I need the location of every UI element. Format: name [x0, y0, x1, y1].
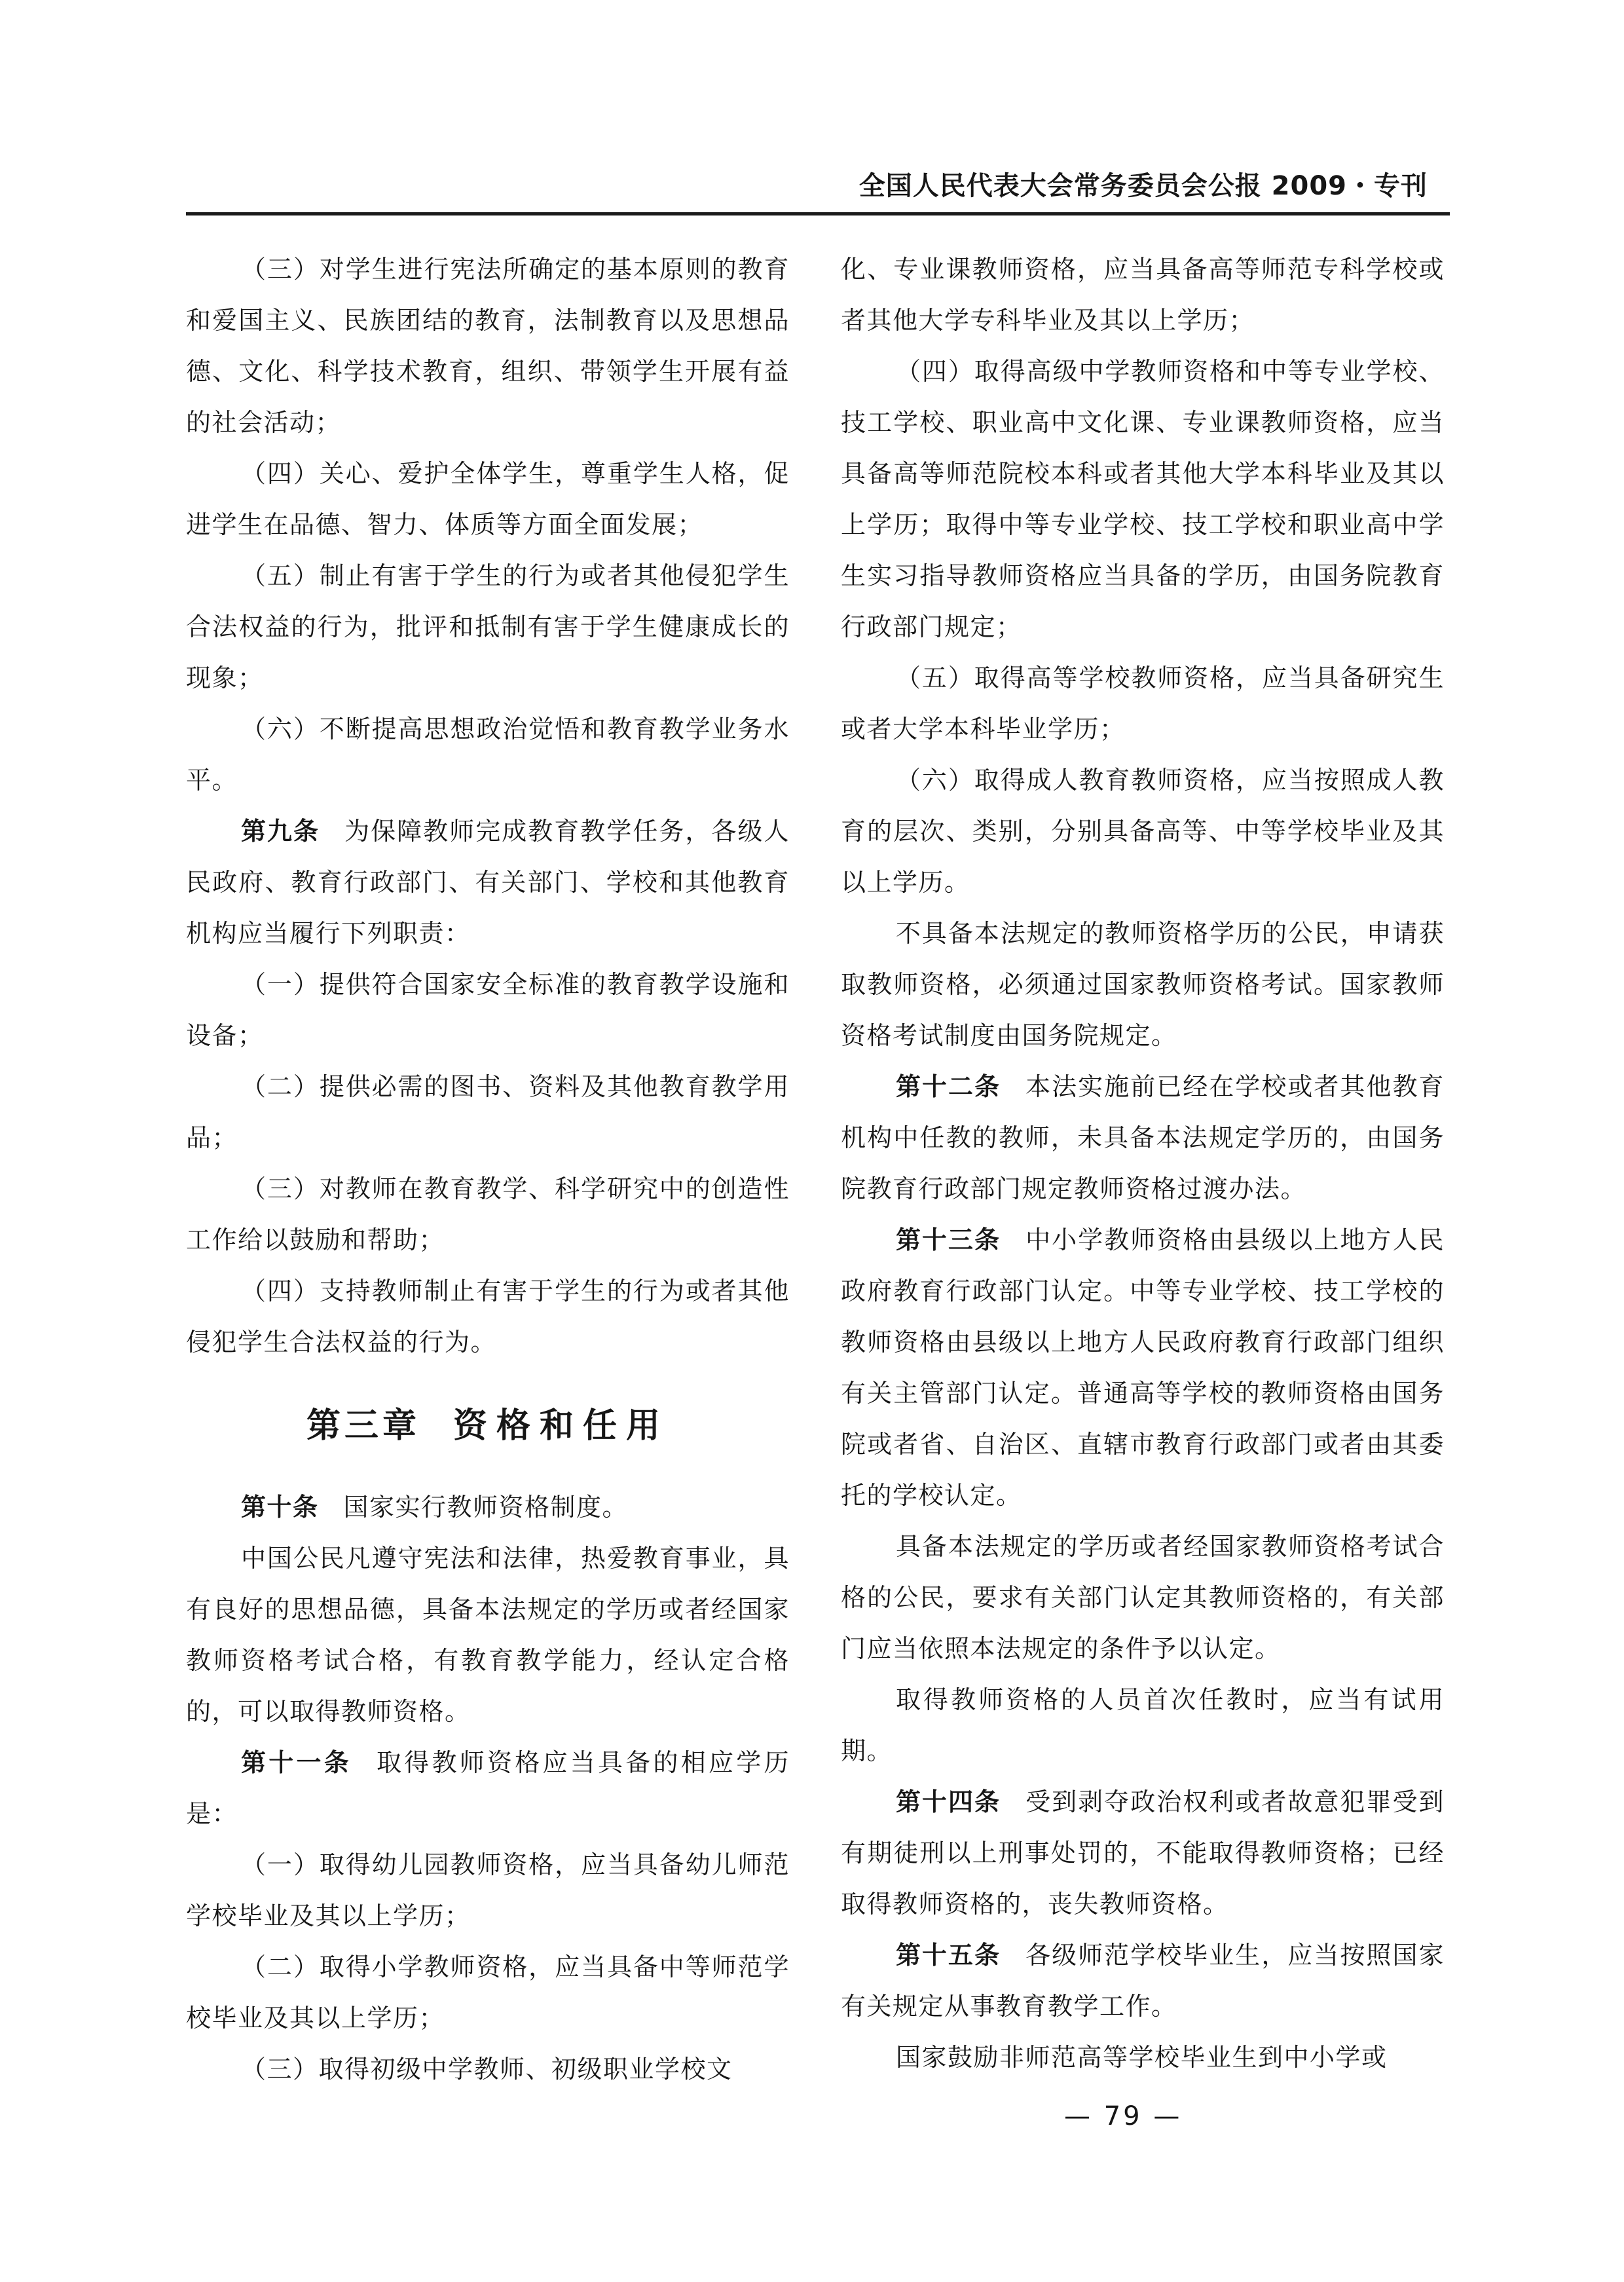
- header-rule-divider: [186, 212, 1450, 215]
- clause-paragraph: （二）取得小学教师资格，应当具备中等师范学校毕业及其以上学历；: [186, 1941, 790, 2044]
- clause-paragraph: （一）提供符合国家安全标准的教育教学设施和设备；: [186, 959, 790, 1061]
- article-number: 第十条: [241, 1493, 319, 1522]
- article-13: 第十三条中小学教师资格由县级以上地方人民政府教育行政部门认定。中等专业学校、技工…: [841, 1214, 1445, 1521]
- chapter-heading: 第三章资格和任用: [186, 1396, 790, 1455]
- clause-paragraph: （四）支持教师制止有害于学生的行为或者其他侵犯学生合法权益的行为。: [186, 1265, 790, 1368]
- continued-paragraph: 化、专业课教师资格，应当具备高等师范专科学校或者其他大学专科毕业及其以上学历；: [841, 244, 1445, 346]
- article-number: 第十五条: [896, 1941, 1001, 1970]
- article-10: 第十条国家实行教师资格制度。: [186, 1482, 790, 1533]
- article-14: 第十四条受到剥夺政治权利或者故意犯罪受到有期徒刑以上刑事处罚的，不能取得教师资格…: [841, 1776, 1445, 1930]
- clause-paragraph: （五）制止有害于学生的行为或者其他侵犯学生合法权益的行为，批评和抵制有害于学生健…: [186, 550, 790, 703]
- article-paragraph: 国家鼓励非师范高等学校毕业生到中小学或: [841, 2032, 1445, 2083]
- article-number: 第十二条: [896, 1072, 1001, 1101]
- left-column: （三）对学生进行宪法所确定的基本原则的教育和爱国主义、民族团结的教育，法制教育以…: [186, 244, 790, 2095]
- clause-paragraph: （二）提供必需的图书、资料及其他教育教学用品；: [186, 1061, 790, 1163]
- article-12: 第十二条本法实施前已经在学校或者其他教育机构中任教的教师，未具备本法规定学历的，…: [841, 1061, 1445, 1214]
- clause-paragraph: （三）取得初级中学教师、初级职业学校文: [186, 2044, 790, 2095]
- clause-paragraph: （一）取得幼儿园教师资格，应当具备幼儿师范学校毕业及其以上学历；: [186, 1839, 790, 1941]
- clause-paragraph: （六）取得成人教育教师资格，应当按照成人教育的层次、类别，分别具备高等、中等学校…: [841, 755, 1445, 908]
- clause-paragraph: （三）对教师在教育教学、科学研究中的创造性工作给以鼓励和帮助；: [186, 1163, 790, 1265]
- chapter-number: 第三章: [306, 1406, 420, 1446]
- clause-paragraph: （四）取得高级中学教师资格和中等专业学校、技工学校、职业高中文化课、专业课教师资…: [841, 346, 1445, 652]
- article-paragraph: 具备本法规定的学历或者经国家教师资格考试合格的公民，要求有关部门认定其教师资格的…: [841, 1521, 1445, 1674]
- article-15: 第十五条各级师范学校毕业生，应当按照国家有关规定从事教育教学工作。: [841, 1930, 1445, 2032]
- article-paragraph: 取得教师资格的人员首次任教时，应当有试用期。: [841, 1674, 1445, 1776]
- article-number: 第十四条: [896, 1787, 1001, 1816]
- article-number: 第十三条: [896, 1225, 1001, 1254]
- page-number: — 79 —: [1064, 2101, 1182, 2131]
- clause-paragraph: （三）对学生进行宪法所确定的基本原则的教育和爱国主义、民族团结的教育，法制教育以…: [186, 244, 790, 448]
- clause-paragraph: （六）不断提高思想政治觉悟和教育教学业务水平。: [186, 703, 790, 806]
- chapter-name: 资格和任用: [453, 1406, 669, 1446]
- article-paragraph: 不具备本法规定的教师资格学历的公民，申请获取教师资格，必须通过国家教师资格考试。…: [841, 908, 1445, 1061]
- clause-paragraph: （五）取得高等学校教师资格，应当具备研究生或者大学本科毕业学历；: [841, 652, 1445, 755]
- article-paragraph: 中国公民凡遵守宪法和法律，热爱教育事业，具有良好的思想品德，具备本法规定的学历或…: [186, 1533, 790, 1737]
- journal-header-title: 全国人民代表大会常务委员会公报 2009・专刊: [859, 165, 1428, 202]
- article-text: 中小学教师资格由县级以上地方人民政府教育行政部门认定。中等专业学校、技工学校的教…: [841, 1225, 1445, 1510]
- article-9: 第九条为保障教师完成教育教学任务，各级人民政府、教育行政部门、有关部门、学校和其…: [186, 806, 790, 959]
- clause-paragraph: （四）关心、爱护全体学生，尊重学生人格，促进学生在品德、智力、体质等方面全面发展…: [186, 448, 790, 550]
- article-number: 第十一条: [241, 1748, 352, 1777]
- right-column: 化、专业课教师资格，应当具备高等师范专科学校或者其他大学专科毕业及其以上学历； …: [841, 244, 1445, 2083]
- article-number: 第九条: [241, 817, 320, 846]
- article-text: 国家实行教师资格制度。: [344, 1493, 629, 1522]
- article-11: 第十一条取得教师资格应当具备的相应学历是：: [186, 1737, 790, 1839]
